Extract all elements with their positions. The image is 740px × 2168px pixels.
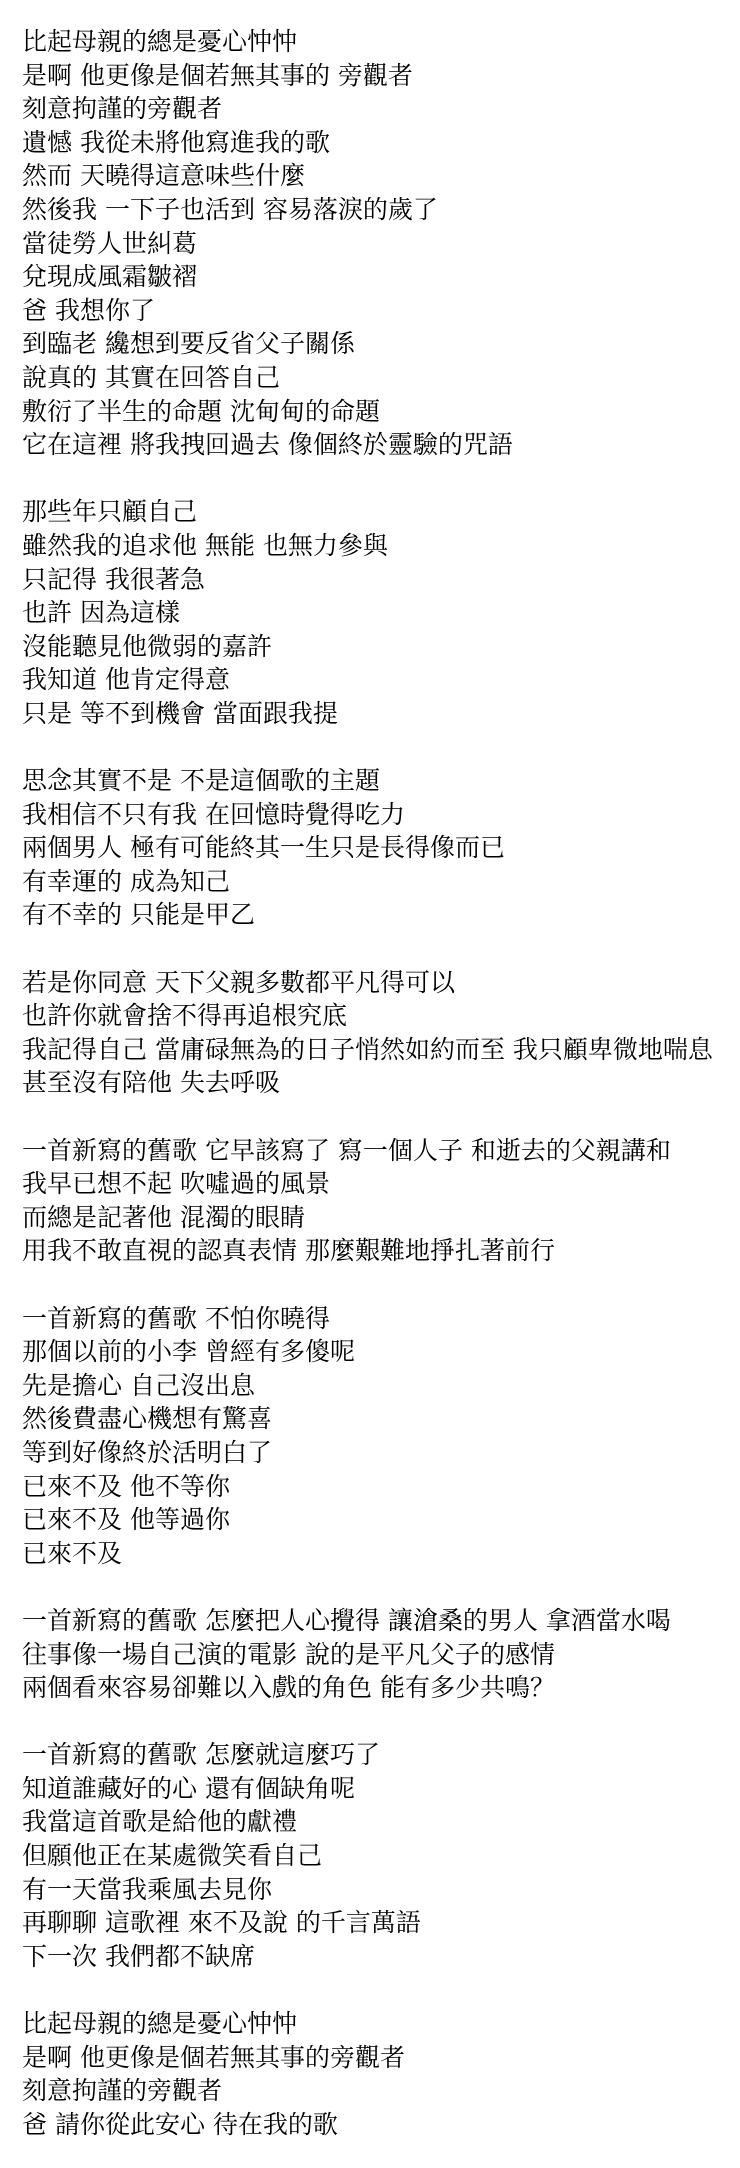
lyric-line: 然而 天曉得這意味些什麼	[22, 159, 732, 193]
lyric-line: 一首新寫的舊歌 它早該寫了 寫一個人子 和逝去的父親講和	[22, 1134, 732, 1168]
lyrics-page: { "page": { "background": "#ffffff", "te…	[0, 0, 740, 2168]
lyric-line: 爸 我想你了	[22, 294, 732, 328]
lyric-line: 我當這首歌是給他的獻禮	[22, 1805, 732, 1839]
lyric-stanza: 一首新寫的舊歌 怎麼把人心攪得 讓滄桑的男人 拿酒當水喝往事像一場自己演的電影 …	[22, 1604, 732, 1705]
lyric-line: 也許 因為這樣	[22, 596, 732, 630]
lyric-line: 爸 請你從此安心 待在我的歌	[22, 2108, 732, 2142]
lyric-line: 它在這裡 將我拽回過去 像個終於靈驗的咒語	[22, 428, 732, 462]
lyric-line: 先是擔心 自己沒出息	[22, 1369, 732, 1403]
lyric-line: 兌現成風霜皺褶	[22, 260, 732, 294]
lyric-line: 也許你就會捨不得再追根究底	[22, 999, 732, 1033]
lyric-line: 等到好像終於活明白了	[22, 1436, 732, 1470]
lyric-line: 若是你同意 天下父親多數都平凡得可以	[22, 966, 732, 1000]
lyric-line: 而總是記著他 混濁的眼睛	[22, 1201, 732, 1235]
lyric-line: 雖然我的追求他 無能 也無力參與	[22, 529, 732, 563]
lyric-line: 那個以前的小李 曾經有多傻呢	[22, 1335, 732, 1369]
lyric-line: 已來不及 他等過你	[22, 1503, 732, 1537]
lyric-line: 比起母親的總是憂心忡忡	[22, 2007, 732, 2041]
lyric-line: 我早已想不起 吹噓過的風景	[22, 1167, 732, 1201]
lyrics-container: 比起母親的總是憂心忡忡是啊 他更像是個若無其事的 旁觀者刻意拘謹的旁觀者遺憾 我…	[0, 0, 740, 2141]
lyric-line: 刻意拘謹的旁觀者	[22, 2074, 732, 2108]
lyric-line: 一首新寫的舊歌 怎麼把人心攪得 讓滄桑的男人 拿酒當水喝	[22, 1604, 732, 1638]
lyric-line: 兩個看來容易卻難以入戲的角色 能有多少共鳴？	[22, 1671, 732, 1705]
lyric-line: 再聊聊 這歌裡 來不及說 的千言萬語	[22, 1906, 732, 1940]
lyric-line: 用我不敢直視的認真表情 那麼艱難地掙扎著前行	[22, 1234, 732, 1268]
lyric-stanza: 思念其實不是 不是這個歌的主題我相信不只有我 在回憶時覺得吃力兩個男人 極有可能…	[22, 764, 732, 932]
lyric-line: 刻意拘謹的旁觀者	[22, 92, 732, 126]
lyric-stanza: 一首新寫的舊歌 它早該寫了 寫一個人子 和逝去的父親講和我早已想不起 吹噓過的風…	[22, 1134, 732, 1268]
lyric-stanza: 一首新寫的舊歌 不怕你曉得那個以前的小李 曾經有多傻呢先是擔心 自己沒出息然後費…	[22, 1302, 732, 1571]
lyric-line: 已來不及	[22, 1537, 732, 1571]
lyric-line: 沒能聽見他微弱的嘉許	[22, 630, 732, 664]
lyric-line: 比起母親的總是憂心忡忡	[22, 25, 732, 59]
lyric-line: 兩個男人 極有可能終其一生只是長得像而已	[22, 831, 732, 865]
lyric-line: 當徒勞人世糾葛	[22, 227, 732, 261]
lyric-line: 是啊 他更像是個若無其事的 旁觀者	[22, 59, 732, 93]
lyric-line: 知道誰藏好的心 還有個缺角呢	[22, 1772, 732, 1806]
lyric-stanza: 比起母親的總是憂心忡忡是啊 他更像是個若無其事的旁觀者刻意拘謹的旁觀者爸 請你從…	[22, 2007, 732, 2141]
lyric-line: 只是 等不到機會 當面跟我提	[22, 697, 732, 731]
lyric-stanza: 一首新寫的舊歌 怎麼就這麼巧了知道誰藏好的心 還有個缺角呢我當這首歌是給他的獻禮…	[22, 1738, 732, 1973]
lyric-line: 往事像一場自己演的電影 說的是平凡父子的感情	[22, 1638, 732, 1672]
lyric-line: 我記得自己 當庸碌無為的日子悄然如約而至 我只顧卑微地喘息	[22, 1033, 732, 1067]
lyric-line: 但願他正在某處微笑看自己	[22, 1839, 732, 1873]
lyric-line: 我知道 他肯定得意	[22, 663, 732, 697]
lyric-stanza: 那些年只顧自己雖然我的追求他 無能 也無力參與只記得 我很著急也許 因為這樣沒能…	[22, 495, 732, 730]
lyric-line: 然後我 一下子也活到 容易落淚的歲了	[22, 193, 732, 227]
lyric-line: 遺憾 我從未將他寫進我的歌	[22, 126, 732, 160]
lyric-line: 有不幸的 只能是甲乙	[22, 898, 732, 932]
lyric-line: 下一次 我們都不缺席	[22, 1940, 732, 1974]
lyric-line: 然後費盡心機想有驚喜	[22, 1402, 732, 1436]
lyric-line: 一首新寫的舊歌 不怕你曉得	[22, 1302, 732, 1336]
lyric-line: 已來不及 他不等你	[22, 1470, 732, 1504]
lyric-line: 只記得 我很著急	[22, 563, 732, 597]
lyric-line: 敷衍了半生的命題 沈甸甸的命題	[22, 395, 732, 429]
lyric-line: 那些年只顧自己	[22, 495, 732, 529]
lyric-line: 甚至沒有陪他 失去呼吸	[22, 1066, 732, 1100]
lyric-stanza: 比起母親的總是憂心忡忡是啊 他更像是個若無其事的 旁觀者刻意拘謹的旁觀者遺憾 我…	[22, 25, 732, 462]
lyric-line: 有幸運的 成為知己	[22, 865, 732, 899]
lyric-line: 說真的 其實在回答自己	[22, 361, 732, 395]
lyric-stanza: 若是你同意 天下父親多數都平凡得可以也許你就會捨不得再追根究底我記得自己 當庸碌…	[22, 966, 732, 1100]
lyric-line: 有一天當我乘風去見你	[22, 1873, 732, 1907]
lyric-line: 一首新寫的舊歌 怎麼就這麼巧了	[22, 1738, 732, 1772]
lyric-line: 思念其實不是 不是這個歌的主題	[22, 764, 732, 798]
lyric-line: 我相信不只有我 在回憶時覺得吃力	[22, 798, 732, 832]
lyric-line: 是啊 他更像是個若無其事的旁觀者	[22, 2041, 732, 2075]
lyric-line: 到臨老 纔想到要反省父子關係	[22, 327, 732, 361]
